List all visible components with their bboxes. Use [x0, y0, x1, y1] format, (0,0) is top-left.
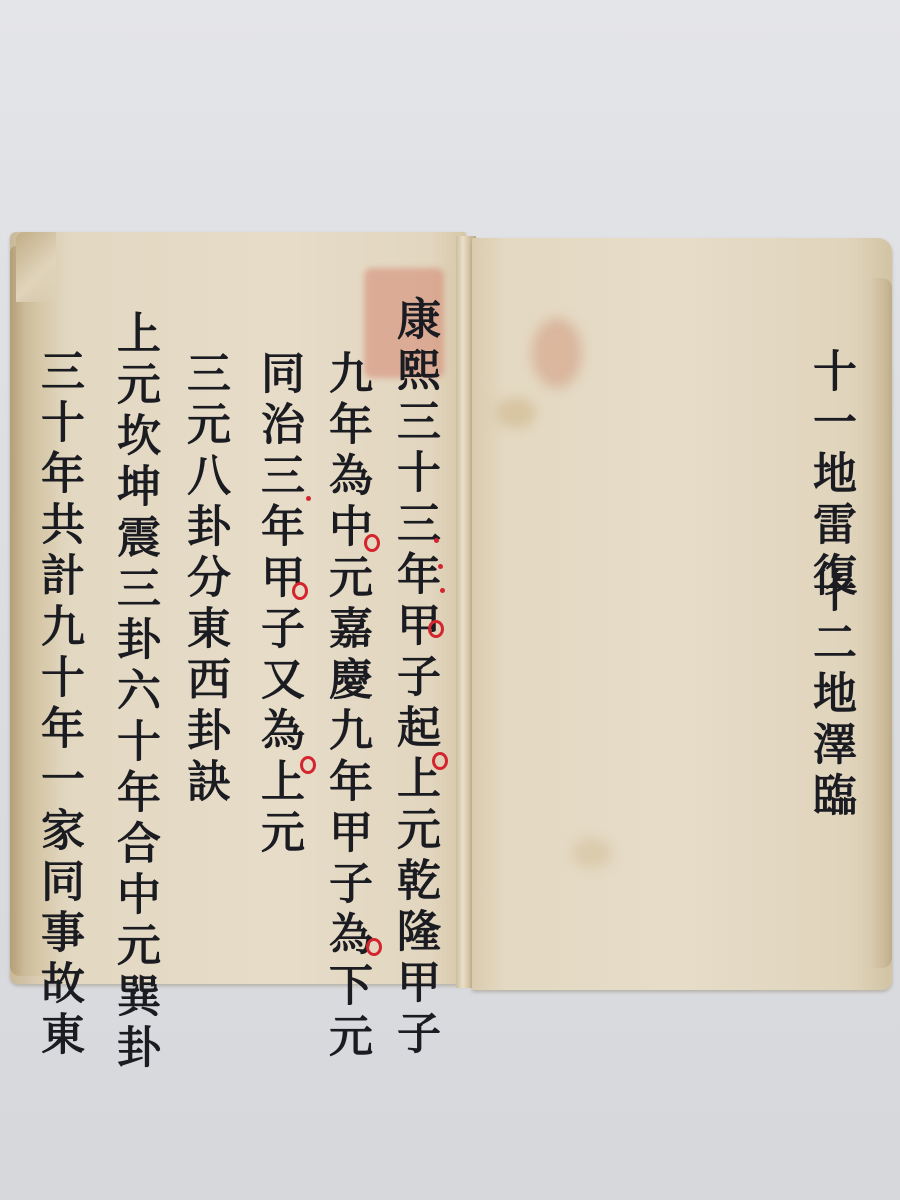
red-punctuation-dot [440, 588, 445, 593]
paper-stain [496, 398, 536, 428]
paper-stain [532, 318, 582, 388]
red-punctuation-circle [300, 756, 316, 774]
red-punctuation-dot [438, 564, 443, 569]
right-text-column-2: 十二地澤臨 [808, 568, 852, 823]
paper-stain [572, 838, 612, 868]
red-punctuation-circle [292, 582, 308, 600]
right-page-edge [870, 278, 892, 968]
open-book: 康熙三十三年甲子起上元乾隆甲子 九年為中元嘉慶九年甲子為下元 同治三年甲子又為上… [0, 0, 900, 1200]
red-punctuation-circle [366, 938, 382, 956]
text-column-5: 上元坎坤震三卦六十年合中元巽卦 [112, 310, 156, 1075]
red-punctuation-circle [432, 752, 448, 770]
right-text-column-1: 十一地雷復 [808, 348, 852, 603]
text-column-4: 三元八卦分東西卦訣 [182, 350, 226, 809]
text-column-3: 同治三年甲子又為上元 [256, 350, 300, 860]
red-punctuation-circle [364, 534, 380, 552]
red-punctuation-dot [434, 538, 439, 543]
left-page-folded-corner [16, 232, 56, 302]
text-column-6: 三十年共計九十年一家同事故東 [36, 348, 80, 1062]
text-column-2: 九年為中元嘉慶九年甲子為下元 [324, 350, 368, 1064]
red-punctuation-circle [428, 620, 444, 638]
red-punctuation-dot [306, 496, 311, 501]
text-column-1: 康熙三十三年甲子起上元乾隆甲子 [392, 296, 436, 1061]
